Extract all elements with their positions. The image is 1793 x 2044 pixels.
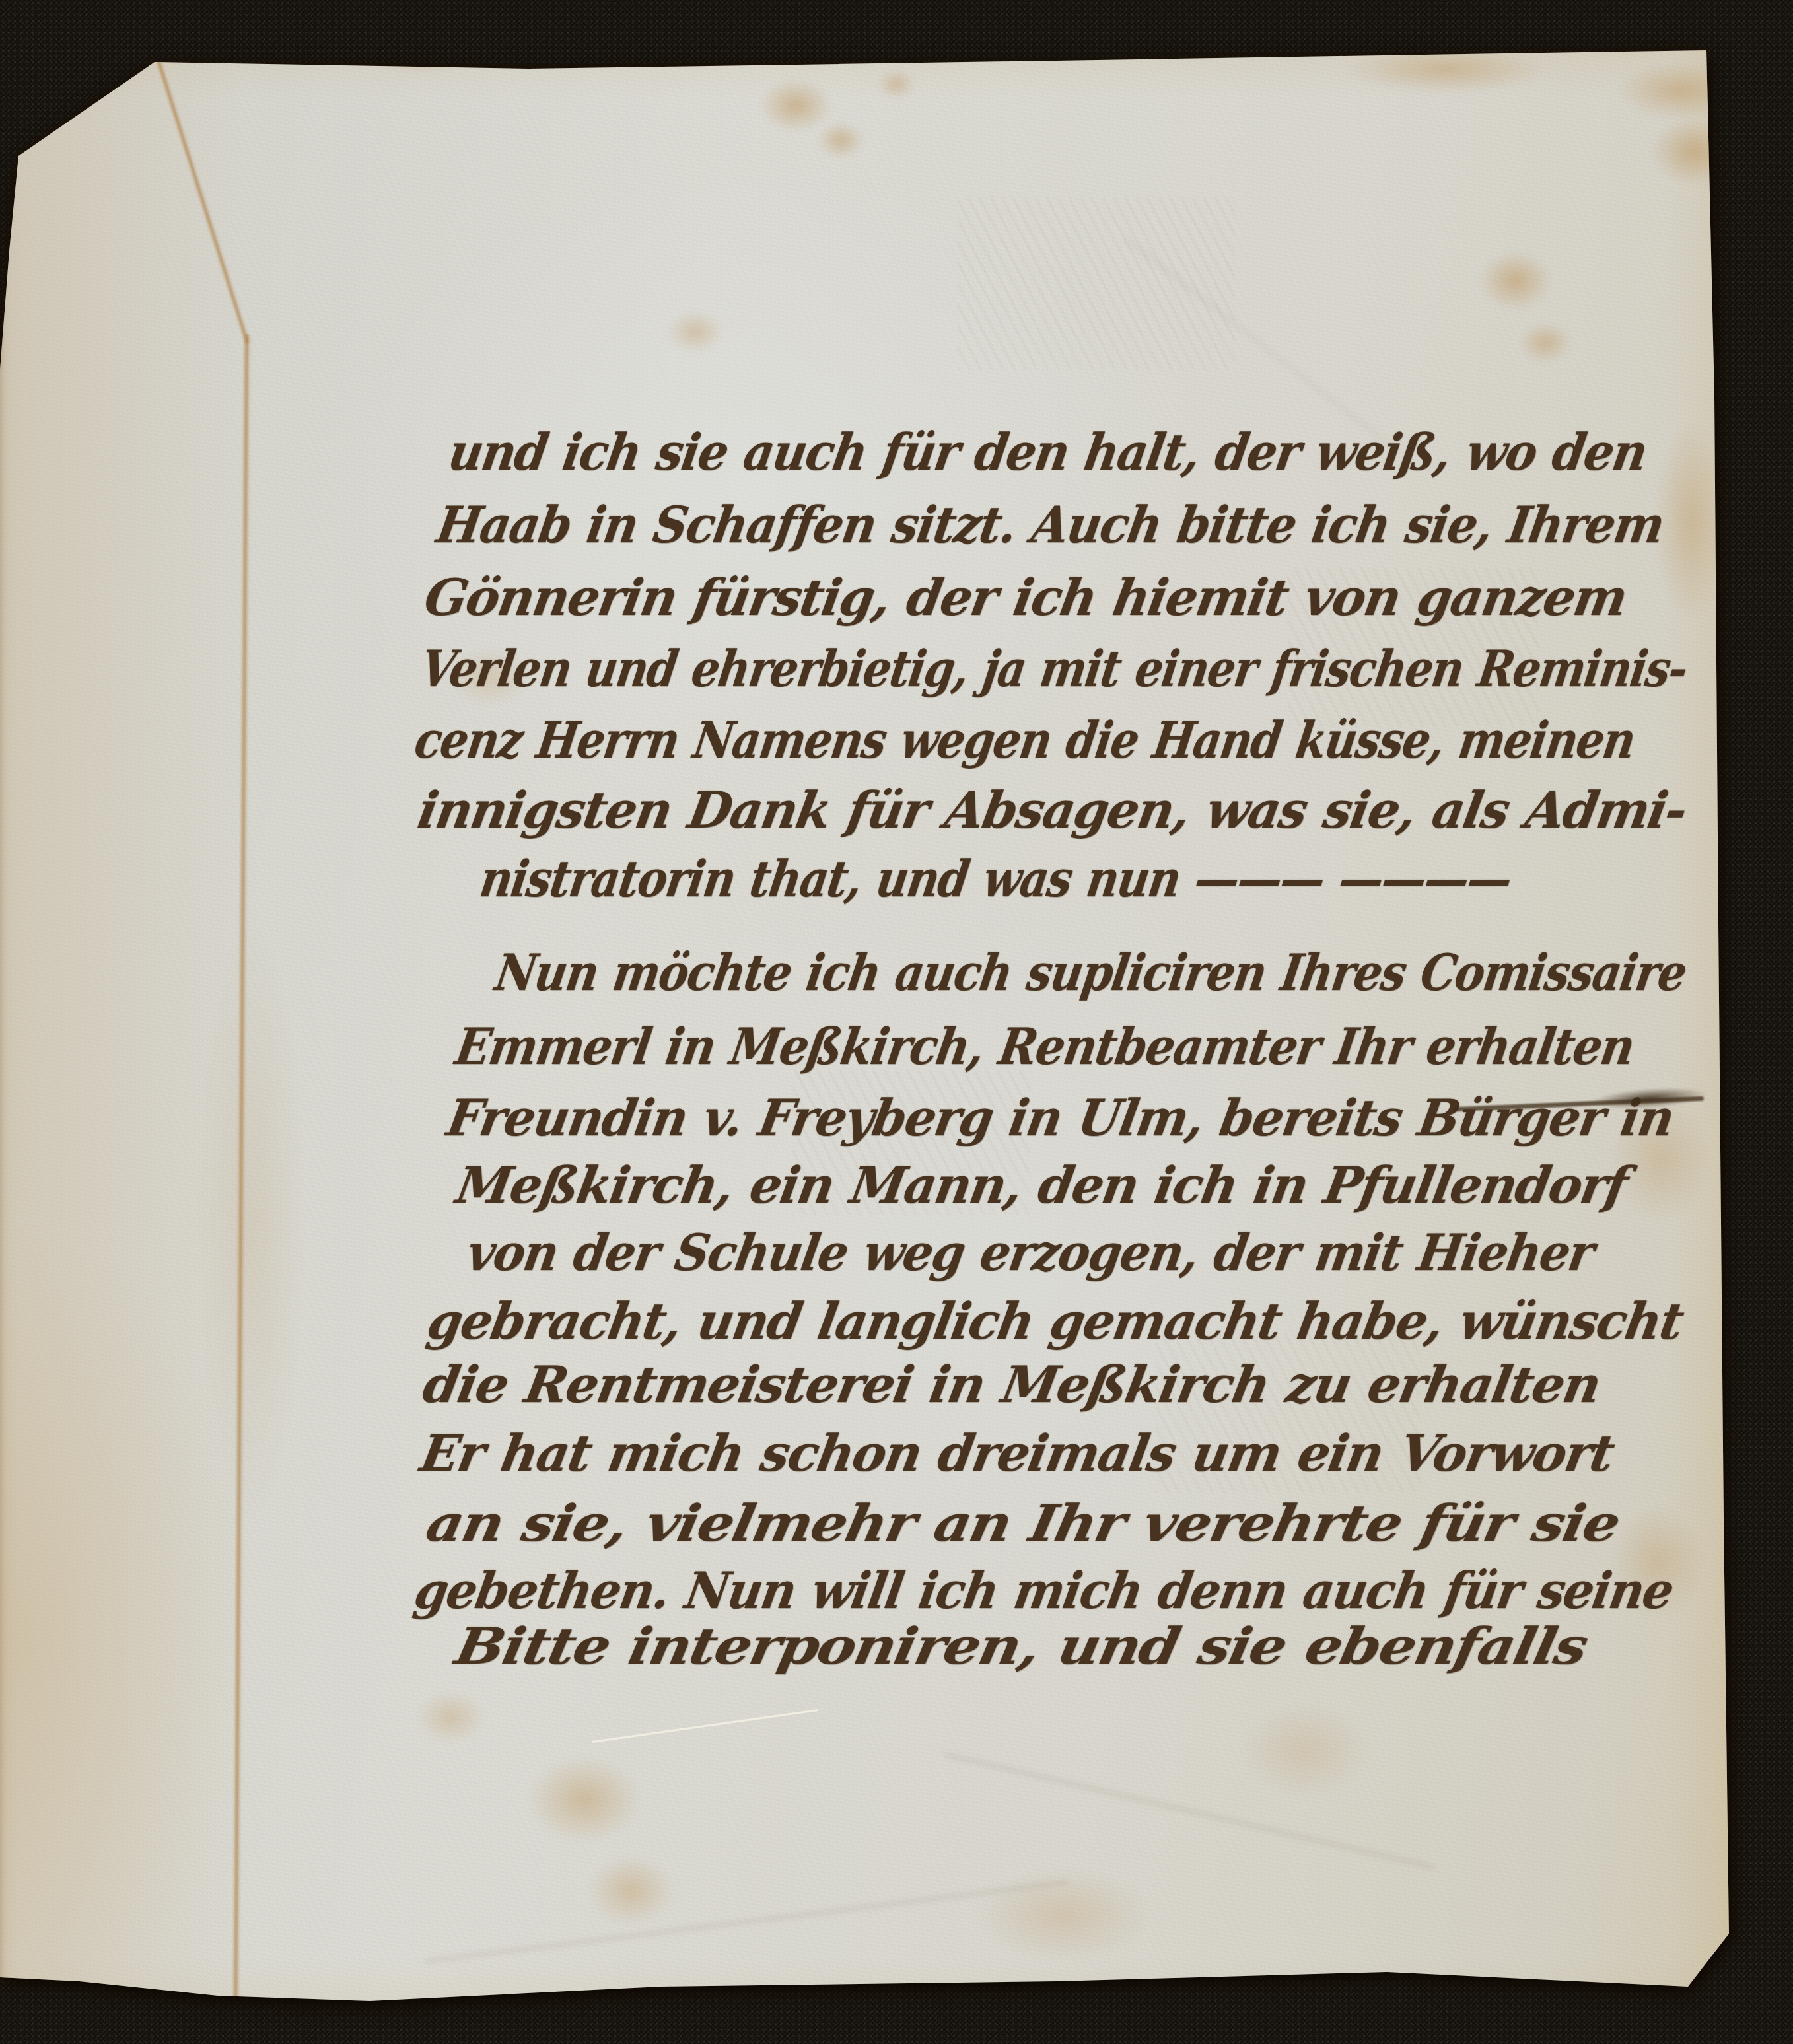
handwritten-line: Gönnerin fürstig, der ich hiemit von gan… — [420, 568, 1631, 627]
paper-shadow-wrap: und ich sie auch für den halt, der weiß,… — [0, 0, 1793, 2044]
handwritten-line: und ich sie auch für den halt, der weiß,… — [444, 423, 1650, 481]
handwritten-line: gebracht, und langlich gemacht habe, wün… — [423, 1292, 1687, 1351]
handwritten-line: von der Schule weg erzogen, der mit Hieh… — [463, 1223, 1598, 1282]
handwritten-line: innigsten Dank für Absagen, was sie, als… — [413, 781, 1690, 839]
handwritten-line: die Rentmeisterei in Meßkirch zu erhalte… — [419, 1355, 1605, 1414]
handwritten-line: Freundin v. Freyberg in Ulm, bereits Bür… — [443, 1088, 1678, 1147]
handwriting-layer: und ich sie auch für den halt, der weiß,… — [0, 0, 1793, 2044]
handwritten-line: Verlen und ehrerbietig, ja mit einer fri… — [417, 639, 1691, 698]
handwritten-line: cenz Herrn Namens wegen die Hand küsse, … — [411, 711, 1638, 769]
letter-page: und ich sie auch für den halt, der weiß,… — [0, 0, 1793, 2044]
handwritten-line: Emmerl in Meßkirch, Rentbeamter Ihr erha… — [452, 1017, 1638, 1076]
handwritten-line: gebethen. Nun will ich mich denn auch fü… — [410, 1561, 1677, 1620]
handwritten-line: Haab in Schaffen sitzt. Auch bitte ich s… — [433, 495, 1668, 554]
handwritten-line: Er hat mich schon dreimals um ein Vorwor… — [416, 1424, 1618, 1483]
handwritten-line: Meßkirch, ein Mann, den ich in Pfullendo… — [452, 1156, 1631, 1215]
manuscript-scan: und ich sie auch für den halt, der weiß,… — [0, 0, 1793, 2044]
handwritten-line: nistratorin that, und was nun ——— ———— — [476, 849, 1515, 908]
handwritten-line: an sie, vielmehr an Ihr verehrte für sie — [421, 1494, 1624, 1553]
handwritten-line: Nun möchte ich auch supliciren Ihres Com… — [491, 943, 1690, 1002]
handwritten-line: Bitte interponiren, und sie ebenfalls — [450, 1617, 1592, 1675]
